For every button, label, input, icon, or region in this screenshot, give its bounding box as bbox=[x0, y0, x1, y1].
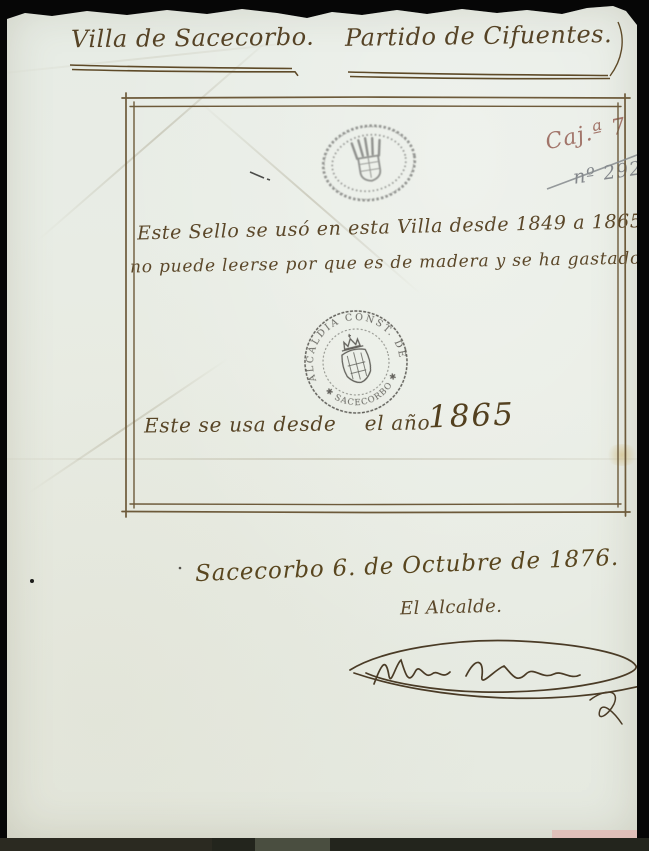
seal-coat-of-arms bbox=[336, 331, 374, 386]
scanner-bed-segment bbox=[255, 838, 330, 851]
note-new-seal-year: 1865 bbox=[427, 396, 515, 435]
note-new-seal-line: Este se usa desde el año bbox=[144, 411, 431, 438]
fold-crease bbox=[7, 458, 637, 460]
document-scan: Villa de Sacecorbo. Partido de Cifuentes… bbox=[0, 0, 649, 851]
signature-flourish bbox=[350, 641, 644, 724]
archival-box-number: Caj.ª 7 bbox=[543, 114, 629, 156]
fold-crease bbox=[37, 30, 280, 241]
scanner-bed-strip bbox=[0, 838, 649, 851]
header-partido: Partido de Cifuentes. bbox=[345, 20, 613, 52]
frame-border bbox=[122, 93, 630, 517]
ink-speck bbox=[179, 567, 182, 570]
header-villa: Villa de Sacecorbo. bbox=[71, 23, 315, 54]
underlying-pink-sheet-edge bbox=[552, 830, 637, 838]
note-old-seal-line2: no puede leerse por que es de madera y s… bbox=[130, 248, 647, 277]
paper-sheet: Villa de Sacecorbo. Partido de Cifuentes… bbox=[7, 6, 637, 838]
age-stain bbox=[605, 444, 639, 466]
svg-text:ALCALDIA CONST. DE: ALCALDIA CONST. DE bbox=[294, 301, 409, 384]
archival-item-number: nº 292 bbox=[572, 157, 644, 188]
svg-text:✱ SACECORBO ✱: ✱ SACECORBO ✱ bbox=[321, 369, 405, 417]
stray-pencil-mark bbox=[250, 172, 270, 180]
scanner-bed-segment bbox=[0, 838, 212, 851]
seal-arc-bottom-text: ✱ SACECORBO ✱ bbox=[321, 369, 405, 417]
seal-arc-top-text: ALCALDIA CONST. DE bbox=[294, 301, 409, 384]
closing-dateline: Sacecorbo 6. de Octubre de 1876. bbox=[195, 545, 620, 587]
header-underline-left bbox=[70, 65, 298, 76]
closing-role: El Alcalde. bbox=[400, 596, 503, 620]
alcaldia-seal-stamp: ALCALDIA CONST. DE ✱ SACECORBO ✱ bbox=[294, 300, 419, 424]
note-old-seal-line1: Este Sello se usó en esta Villa desde 18… bbox=[137, 210, 649, 245]
paper-hole-speck bbox=[30, 579, 34, 583]
old-oval-seal-stamp bbox=[318, 119, 420, 206]
